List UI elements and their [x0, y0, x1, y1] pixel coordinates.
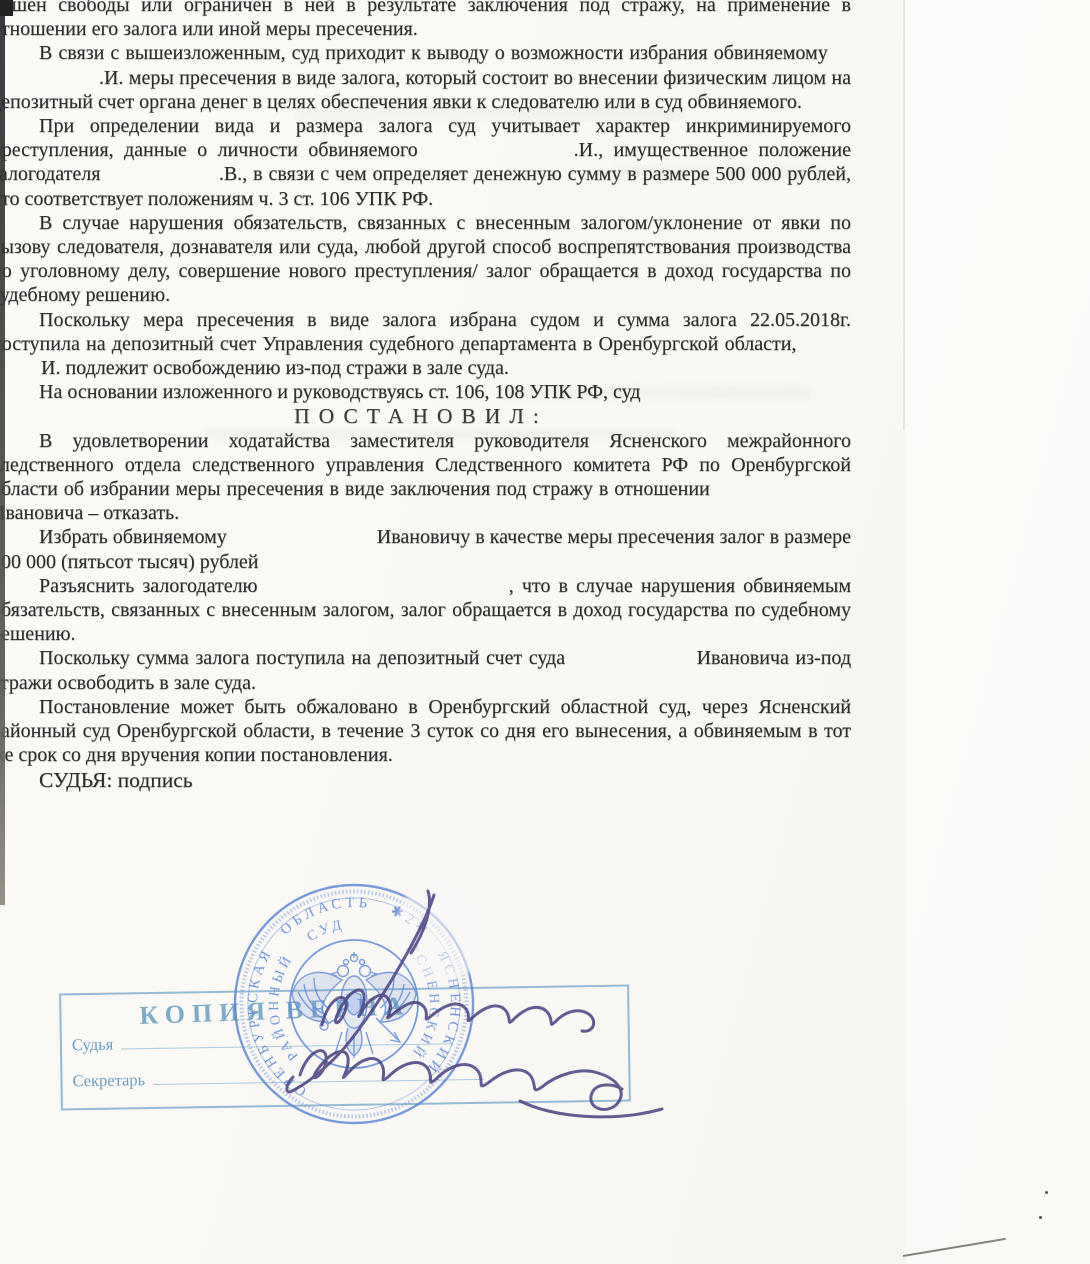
- paragraph-resolution-4: Постановление может быть обжаловано в Ор…: [0, 695, 851, 768]
- paper-edge-line: [903, 0, 905, 430]
- copy-stamp-judge-label: Судья: [72, 1035, 114, 1055]
- paragraph-intro-0: лишен свободы или ограничен в ней в резу…: [0, 0, 851, 41]
- resolution-heading: ПОСТАНОВИЛ:: [0, 404, 851, 428]
- paragraph-intro-3: В случае нарушения обязательств, связанн…: [0, 211, 851, 308]
- paragraph-intro-2: При определении вида и размера залога су…: [0, 114, 851, 211]
- scan-artifact-speck: [1039, 1216, 1042, 1219]
- paragraph-intro-4: Поскольку мера пресечения в виде залога …: [0, 308, 851, 381]
- signature-secretary-handwriting: [300, 1051, 622, 1110]
- scan-edge-strip: [0, 0, 5, 905]
- copy-stamp-secretary-label: Секретарь: [72, 1070, 145, 1090]
- paragraph-intro-1: В связи с вышеизложенным, суд приходит к…: [0, 41, 851, 114]
- document-text: лишен свободы или ограничен в ней в резу…: [0, 0, 851, 792]
- paragraph-resolution-1: Избрать обвиняемому Ивановичу в качестве…: [0, 525, 851, 573]
- handwritten-signatures: [200, 855, 720, 1145]
- paper-edge-shade: [905, 0, 1090, 1264]
- paragraph-intro-5: На основании изложенного и руководствуяс…: [0, 380, 851, 404]
- judge-signature-line: СУДЬЯ: подпись: [0, 768, 851, 792]
- paragraph-resolution-2: Разъяснить залогодателю , что в случае н…: [0, 574, 851, 647]
- scanned-court-order-page: лишен свободы или ограничен в ней в резу…: [0, 0, 1090, 1264]
- paragraph-resolution-0: В удовлетворении ходатайства заместителя…: [0, 429, 851, 526]
- paragraph-resolution-3: Поскольку сумма залога поступила на депо…: [0, 646, 851, 694]
- scan-edge-corner: [0, 0, 13, 16]
- scan-artifact-speck: [1045, 1191, 1048, 1194]
